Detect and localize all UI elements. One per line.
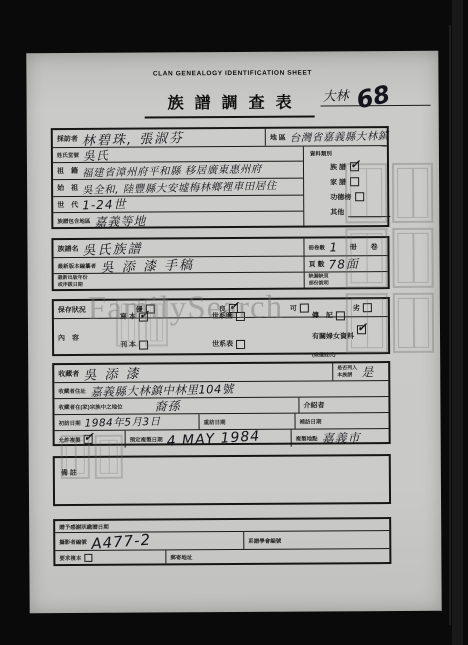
row-photographer: 攝影者編號 A477-2 系譜學會編號 <box>55 531 389 551</box>
missing-pages-label: 缺漏缺頁部份說明 <box>309 274 329 287</box>
copy-permit-checkbox <box>84 435 93 444</box>
other-blank-line <box>348 207 390 217</box>
row-compiler: 最新版本編纂者 吳 添 漆 手稿 <box>54 257 304 275</box>
row-contents: 內 容 寫 本 世系圖 傳 記 刊 本 <box>54 317 388 356</box>
content-option: 世系表 <box>212 326 312 363</box>
content-checkbox <box>336 311 345 320</box>
area-value: 台灣省嘉義縣大林鎮 <box>290 128 389 145</box>
request-copy-checkbox <box>84 553 92 561</box>
first-visit-value: 1984年5月3日 <box>84 414 160 431</box>
surname-value: 吳氏 <box>83 146 109 164</box>
content-checkbox <box>139 312 148 321</box>
content-checkbox <box>139 340 148 349</box>
genealogy-title-label: 族譜名 <box>57 243 78 253</box>
material-option: 家 譜 <box>330 174 390 189</box>
generations-label: 世 代 <box>57 199 78 209</box>
row-surname: 姓氏堂號 吳氏 <box>53 147 303 164</box>
content-checkbox <box>357 325 366 334</box>
revisit-label: 重訪日期 <box>204 418 226 426</box>
position-value: 裔孫 <box>154 397 180 415</box>
row-volumes: 冊卷數 1 冊 卷 <box>304 238 387 257</box>
introducer-label: 介紹者 <box>303 400 324 410</box>
owner-label: 收藏者 <box>58 368 79 378</box>
handwritten-annotation: 大林 68 <box>320 85 430 107</box>
mailing-address-label: 郵寄地址 <box>170 553 192 561</box>
photographer-label: 攝影者編號 <box>59 537 87 545</box>
form-english-title: CLAN GENEALOGY IDENTIFICATION SHEET <box>26 69 438 79</box>
contents-label: 內 容 <box>58 332 116 342</box>
admin-table: 贈予感謝狀繳贈日期 攝影者編號 A477-2 系譜學會編號 要求複本 郵寄地址 <box>53 517 391 566</box>
position-label: 收藏者在(家)宗族中之地位 <box>58 402 122 410</box>
annotation-number: 68 <box>355 87 391 108</box>
copy-date-label: 預定複製日期 <box>130 435 163 443</box>
volumes-unit-ce: 冊 <box>350 242 357 252</box>
scanned-document-photo: CLAN GENEALOGY IDENTIFICATION SHEET 族譜調查… <box>0 0 468 645</box>
ancestor-value: 吳全和, 陸豐縣大安墟梅林鄉裡車田居住 <box>82 178 277 198</box>
copy-place-label: 複製地點 <box>296 434 318 442</box>
row-missing-pages: 缺漏缺頁部份說明 <box>305 272 388 288</box>
book-info-table: 族譜名 吳氏族譜 最新版本編纂者 吳 添 漆 手稿 最新出版年份或序跋日期 冊卷… <box>51 236 389 291</box>
film-strip <box>452 0 463 645</box>
material-option-label: 功德榜 <box>330 192 351 202</box>
condition-table: 保存狀況 優 良 可 劣 內 容 <box>52 297 390 356</box>
form-chinese-title: 族譜調查表 <box>145 90 315 119</box>
condition-checkbox <box>363 303 372 312</box>
material-option: 功德榜 <box>330 189 390 204</box>
notes-label: 備 註 <box>61 470 77 477</box>
coverage-label: 族譜包含地區 <box>57 217 90 225</box>
interviewer-label: 採訪者 <box>57 133 78 143</box>
pubdate-label: 最新出版年份或序跋日期 <box>58 275 88 288</box>
material-type-box: 資料類別 族 譜 家 譜 功德榜 <box>303 146 396 228</box>
surname-label: 姓氏堂號 <box>57 151 79 159</box>
material-option-label: 家 譜 <box>330 177 346 187</box>
material-option-checkbox <box>350 162 359 171</box>
volumes-label: 冊卷數 <box>308 243 325 251</box>
first-visit-label: 初訪日期 <box>59 418 81 426</box>
row-generations: 世 代 1-24世 <box>53 196 303 214</box>
row-pubdate: 最新出版年份或序跋日期 <box>54 273 304 290</box>
content-checkbox <box>236 339 245 348</box>
certificate-date-label: 贈予感謝狀繳贈日期 <box>59 522 109 530</box>
area-label: 地 區 <box>270 132 286 142</box>
genealogy-form-paper: CLAN GENEALOGY IDENTIFICATION SHEET 族譜調查… <box>26 51 441 614</box>
owner-value: 吳 添 漆 <box>83 363 141 384</box>
material-option-other: 其他 <box>330 204 390 219</box>
request-copy-label: 要求複本 <box>59 553 81 561</box>
material-type-title: 資料類別 <box>310 149 390 157</box>
followup-label: 補訪日期 <box>300 417 322 425</box>
copy-date-value: 4 MAY 1984 <box>166 428 260 449</box>
compiler-value: 吳 添 漆 手稿 <box>100 254 194 276</box>
generations-value: 1-24世 <box>82 195 127 213</box>
photographer-value: A477-2 <box>90 530 151 552</box>
owner-table: 收藏者 吳 添 漆 是否列入本族譜 是 收藏者住址 嘉義縣大林鎮中林里104號 … <box>52 361 391 446</box>
compiler-label: 最新版本編纂者 <box>58 261 97 269</box>
row-interviewer-area: 採訪者 林碧珠, 張淑芬 地 區 台灣省嘉義縣大林鎮 <box>53 128 387 148</box>
volumes-value: 1 <box>329 240 338 254</box>
origin-label: 祖 籍 <box>57 166 78 176</box>
volumes-unit-juan: 卷 <box>371 242 378 252</box>
condition-label: 保存狀況 <box>58 304 116 314</box>
condition-checkbox <box>300 304 309 313</box>
notes-table: 備 註 <box>53 454 391 506</box>
owner-address-label: 收藏者住址 <box>58 386 86 394</box>
material-option-label: 其他 <box>330 207 344 217</box>
content-option: 世系圖 <box>212 311 312 322</box>
listed-label: 是否列入本族譜 <box>337 365 357 378</box>
women-note: (或僅姓氏) <box>312 352 335 358</box>
pages-label: 頁 數 <box>309 259 325 269</box>
content-option: 刊 本 <box>120 326 212 363</box>
society-number-label: 系譜學會編號 <box>248 536 281 544</box>
row-copy-permission: 允許複製 預定複製日期 4 MAY 1984 複製地點 嘉義市 <box>55 429 389 448</box>
content-checkbox <box>236 311 245 320</box>
annotation-place: 大林 <box>322 85 349 105</box>
content-option: 傳 記 <box>312 310 452 321</box>
material-option-checkbox <box>355 192 364 201</box>
material-option-checkbox <box>350 177 359 186</box>
basic-info-table: 採訪者 林碧珠, 張淑芬 地 區 台灣省嘉義縣大林鎮 姓氏堂號 吳氏 祖 籍 <box>51 126 390 229</box>
pages-value: 78面 <box>328 255 359 273</box>
coverage-value: 嘉義等地 <box>94 211 146 229</box>
copy-place-value: 嘉義市 <box>321 429 360 447</box>
ancestor-label: 始 祖 <box>57 183 78 193</box>
copy-permit-label: 允許複製 <box>59 435 81 443</box>
row-coverage: 族譜包含地區 嘉義等地 <box>53 212 303 230</box>
row-ancestor: 始 祖 吳全和, 陸豐縣大安墟梅林鄉裡車田居住 <box>53 179 303 198</box>
material-option: 族 譜 <box>330 159 390 174</box>
material-option-label: 族 譜 <box>330 162 346 172</box>
content-option: 寫 本 <box>120 311 212 322</box>
content-option-women: 有關婦女資料 (或僅姓氏) <box>312 325 452 362</box>
row-pages: 頁 數 78面 <box>305 256 388 273</box>
listed-value: 是 <box>361 363 374 380</box>
origin-value: 福建省漳州府平和縣 移居廣東惠州府 <box>82 161 262 180</box>
